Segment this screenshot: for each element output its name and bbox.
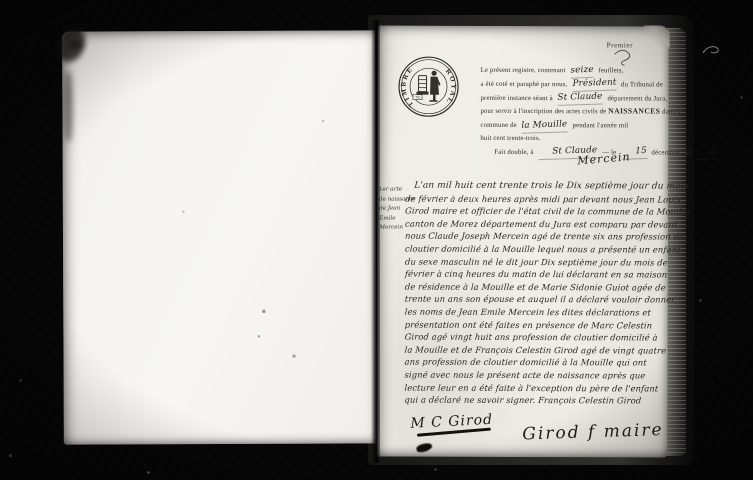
stamp-text-royal: ROYAL <box>444 67 458 106</box>
form-line: a été coté et paraphé par nous, Présiden… <box>481 78 661 92</box>
page-corner-fold <box>644 25 670 47</box>
dust-specks <box>0 0 1 1</box>
dust-specks <box>62 32 63 33</box>
corner-stain <box>68 40 82 50</box>
handwritten-entry: seize <box>570 63 594 78</box>
printed-text: du Tribunal de <box>621 81 663 88</box>
printed-text: pendant l'année mil <box>573 122 629 129</box>
act-line: trente un ans son épouse et auquel il a … <box>404 293 659 306</box>
signature-mayor: Girod f maire <box>522 420 664 444</box>
act-line: du sexe masculin né le dit jour Dix sept… <box>404 255 659 268</box>
printed-text: a été coté et paraphé par nous, <box>481 81 568 88</box>
signature-witness: M C Girod <box>410 412 493 432</box>
form-line: première instance séant à St Claude dépa… <box>480 91 660 105</box>
act-line: Girod maire et officier de l'état civil … <box>405 205 660 218</box>
printed-text: décembre 183 <box>652 149 692 156</box>
printed-text: Fait double, à <box>494 149 533 156</box>
timbre-royal-stamp: TIMBRE ROYAL 70 <box>396 55 460 119</box>
act-line: nous Claude Joseph Mercein agé de trente… <box>405 230 660 243</box>
printed-text: première instance séant à <box>480 94 552 101</box>
form-line: Fait double, à St Claude — le 15 décembr… <box>480 146 660 160</box>
printed-text: feuillets, <box>598 67 623 74</box>
printed-text: huit cent trente-trois. <box>480 135 540 142</box>
scanned-register-image: Premier TIMBRE ROYAL <box>0 0 753 480</box>
edge-stain <box>64 72 72 142</box>
register-page: Premier TIMBRE ROYAL <box>376 25 669 457</box>
act-line: lecture leur en a été faite à l'exceptio… <box>404 381 659 394</box>
act-text: L'an mil huit cent trente trois le Dix s… <box>404 180 659 408</box>
act-line: les noms de Jean Emile Mercein les dites… <box>404 306 659 319</box>
film-scratch-curl <box>702 45 724 57</box>
act-line: signé avec nous le présent acte de naiss… <box>404 368 659 381</box>
form-line: pour servir à l'inscription des actes ci… <box>480 105 660 119</box>
printed-text: dans la <box>662 109 682 116</box>
form-line: commune de la Mouille pendant l'année mi… <box>480 119 660 133</box>
printed-text: NAISSANCES <box>608 107 660 116</box>
handwritten-entry: la Mouille <box>521 118 567 133</box>
handwritten-entry: 2. <box>696 146 719 161</box>
act-line: ans profession de cloutier domicilié à l… <box>404 356 659 369</box>
act-line: présentation ont été faites en présence … <box>404 318 659 331</box>
form-line: huit cent trente-trois. <box>480 133 660 145</box>
printed-text: Le présent registre, contenant <box>481 67 566 74</box>
act-line: L'an mil huit cent trente trois le Dix s… <box>405 180 660 193</box>
handwritten-entry: St Claude <box>557 91 602 106</box>
act-line: février à cinq heures du matin de lui dé… <box>404 268 659 281</box>
form-line: Le présent registre, contenant seize feu… <box>481 64 661 78</box>
book-gutter <box>371 20 380 463</box>
act-line: qui a déclaré ne savoir signer. François… <box>404 394 659 407</box>
page-block-edges <box>667 28 686 456</box>
printed-text: commune de <box>480 122 516 129</box>
act-line: de février à deux heures après midi par … <box>405 192 660 205</box>
act-line: cloutier domicilié à la Mouille lequel n… <box>405 243 660 256</box>
printed-text: département du Jura, <box>607 95 667 102</box>
act-line: Girod agé vingt huit ans profession de c… <box>404 331 659 344</box>
svg-text:ROYAL: ROYAL <box>444 67 458 106</box>
printed-form: Le présent registre, contenant seize feu… <box>480 64 660 160</box>
printed-text: pour servir à l'inscription des actes ci… <box>480 108 606 115</box>
stamp-value: 70 <box>415 95 419 100</box>
left-blank-page <box>62 30 377 444</box>
ink-smudge <box>415 441 433 454</box>
